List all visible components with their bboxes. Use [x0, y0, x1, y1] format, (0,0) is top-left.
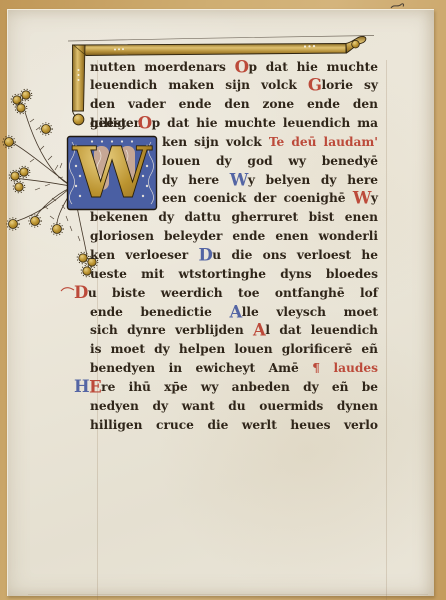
- text-segment: louen dy god wy benedyē: [162, 154, 378, 168]
- text-segment: gloriosen beleyder ende enen wonderli: [90, 229, 378, 243]
- text-line-1: nutten moerdenars Op dat hie muchte: [90, 58, 378, 77]
- text-line-4: geest. Op dat hie muchte leuendich ma: [90, 114, 378, 133]
- text-segment: dy here: [162, 173, 230, 187]
- text-segment: u die ons verloest he: [212, 248, 378, 262]
- text-segment: sich dynre verblijden: [90, 323, 253, 337]
- text-line-13: Du biste weerdich toe ontfanghē lof: [90, 284, 378, 303]
- text-segment: y belyen dy here: [248, 173, 378, 187]
- lombard-initial: O: [138, 114, 152, 133]
- text-segment: ken sijn volck: [162, 135, 269, 149]
- text-line-9: bekenen dy dattu gherruret bist enen: [90, 208, 378, 227]
- text-line-8: een coenick der coenighē Wy: [162, 189, 378, 208]
- lombard-initial: G: [308, 76, 322, 95]
- text-segment: laudes: [333, 361, 378, 375]
- lombard-initial: W: [230, 170, 248, 189]
- text-segment: y: [371, 191, 378, 205]
- text-line-16: is moet dy helpen louen glorificerē eñ: [90, 340, 378, 359]
- lombard-initial: O: [235, 57, 249, 76]
- lombard-initial: A: [229, 302, 241, 321]
- text-line-19: nedyen dy want du ouermids dynen: [90, 397, 378, 416]
- text-segment: ken verloeser: [90, 248, 198, 262]
- lombard-initial: H: [74, 377, 89, 396]
- text-segment: re ihū xp̄e wy anbeden dy eñ be: [101, 380, 378, 394]
- text-segment: ueste mit wtstortinghe dyns bloedes: [90, 267, 378, 281]
- text-segment: l dat leuendich: [265, 323, 378, 337]
- text-segment: leuendich maken sijn volck: [90, 78, 308, 92]
- text-line-15: sich dynre verblijden Al dat leuendich: [90, 321, 378, 340]
- lombard-initial: E: [89, 377, 101, 396]
- text-line-12: ueste mit wtstortinghe dyns bloedes: [90, 265, 378, 284]
- text-segment: p dat hie muchte leuendich ma: [152, 116, 378, 130]
- text-block: nutten moerdenars Op dat hie muchteleuen…: [0, 0, 446, 600]
- lombard-initial: A: [253, 321, 265, 340]
- text-segment: nedyen dy want du ouermids dynen: [90, 399, 378, 413]
- photo-backdrop: W nutten moerdenars Op dat hie muchteleu…: [0, 0, 446, 600]
- text-segment: ¶: [312, 361, 333, 375]
- text-segment: is moet dy helpen louen glorificerē eñ: [90, 342, 378, 356]
- text-segment: een coenick der coenighē: [162, 191, 353, 205]
- text-line-5: ken sijn volck Te deū laudam': [162, 133, 378, 152]
- text-segment: benedyen in ewicheyt Amē: [90, 361, 312, 375]
- text-line-2: leuendich maken sijn volck Glorie sy: [90, 76, 378, 95]
- text-line-14: ende benedictie Alle vleysch moet: [90, 303, 378, 322]
- text-segment: ende benedictie: [90, 305, 229, 319]
- text-segment: lle vleysch moet: [242, 305, 378, 319]
- text-segment: u biste weerdich toe ontfanghē lof: [88, 286, 378, 300]
- text-line-20: hilligen cruce die werlt heues verlo: [90, 416, 378, 435]
- text-line-10: gloriosen beleyder ende enen wonderli: [90, 227, 378, 246]
- text-line-11: ken verloeser Du die ons verloest he: [90, 246, 378, 265]
- text-segment: bekenen dy dattu gherruret bist enen: [90, 210, 378, 224]
- text-segment: lorie sy: [321, 78, 378, 92]
- text-line-18: HEre ihū xp̄e wy anbeden dy eñ be: [90, 378, 378, 397]
- text-line-7: dy here Wy belyen dy here: [162, 171, 378, 190]
- text-line-3: den vader ende den zone ende den hillige…: [90, 95, 378, 114]
- lombard-initial: W: [353, 189, 371, 208]
- text-segment: hilligen cruce die werlt heues verlo: [90, 418, 378, 432]
- text-segment: Te deū laudam': [269, 135, 378, 149]
- lombard-initial: D: [74, 283, 88, 302]
- text-segment: geest.: [90, 116, 138, 130]
- text-segment: nutten moerdenars: [90, 60, 235, 74]
- text-line-6: louen dy god wy benedyē: [162, 152, 378, 171]
- lombard-initial: D: [198, 246, 212, 265]
- text-line-17: benedyen in ewicheyt Amē ¶ laudes: [90, 359, 378, 378]
- text-segment: p dat hie muchte: [249, 60, 379, 74]
